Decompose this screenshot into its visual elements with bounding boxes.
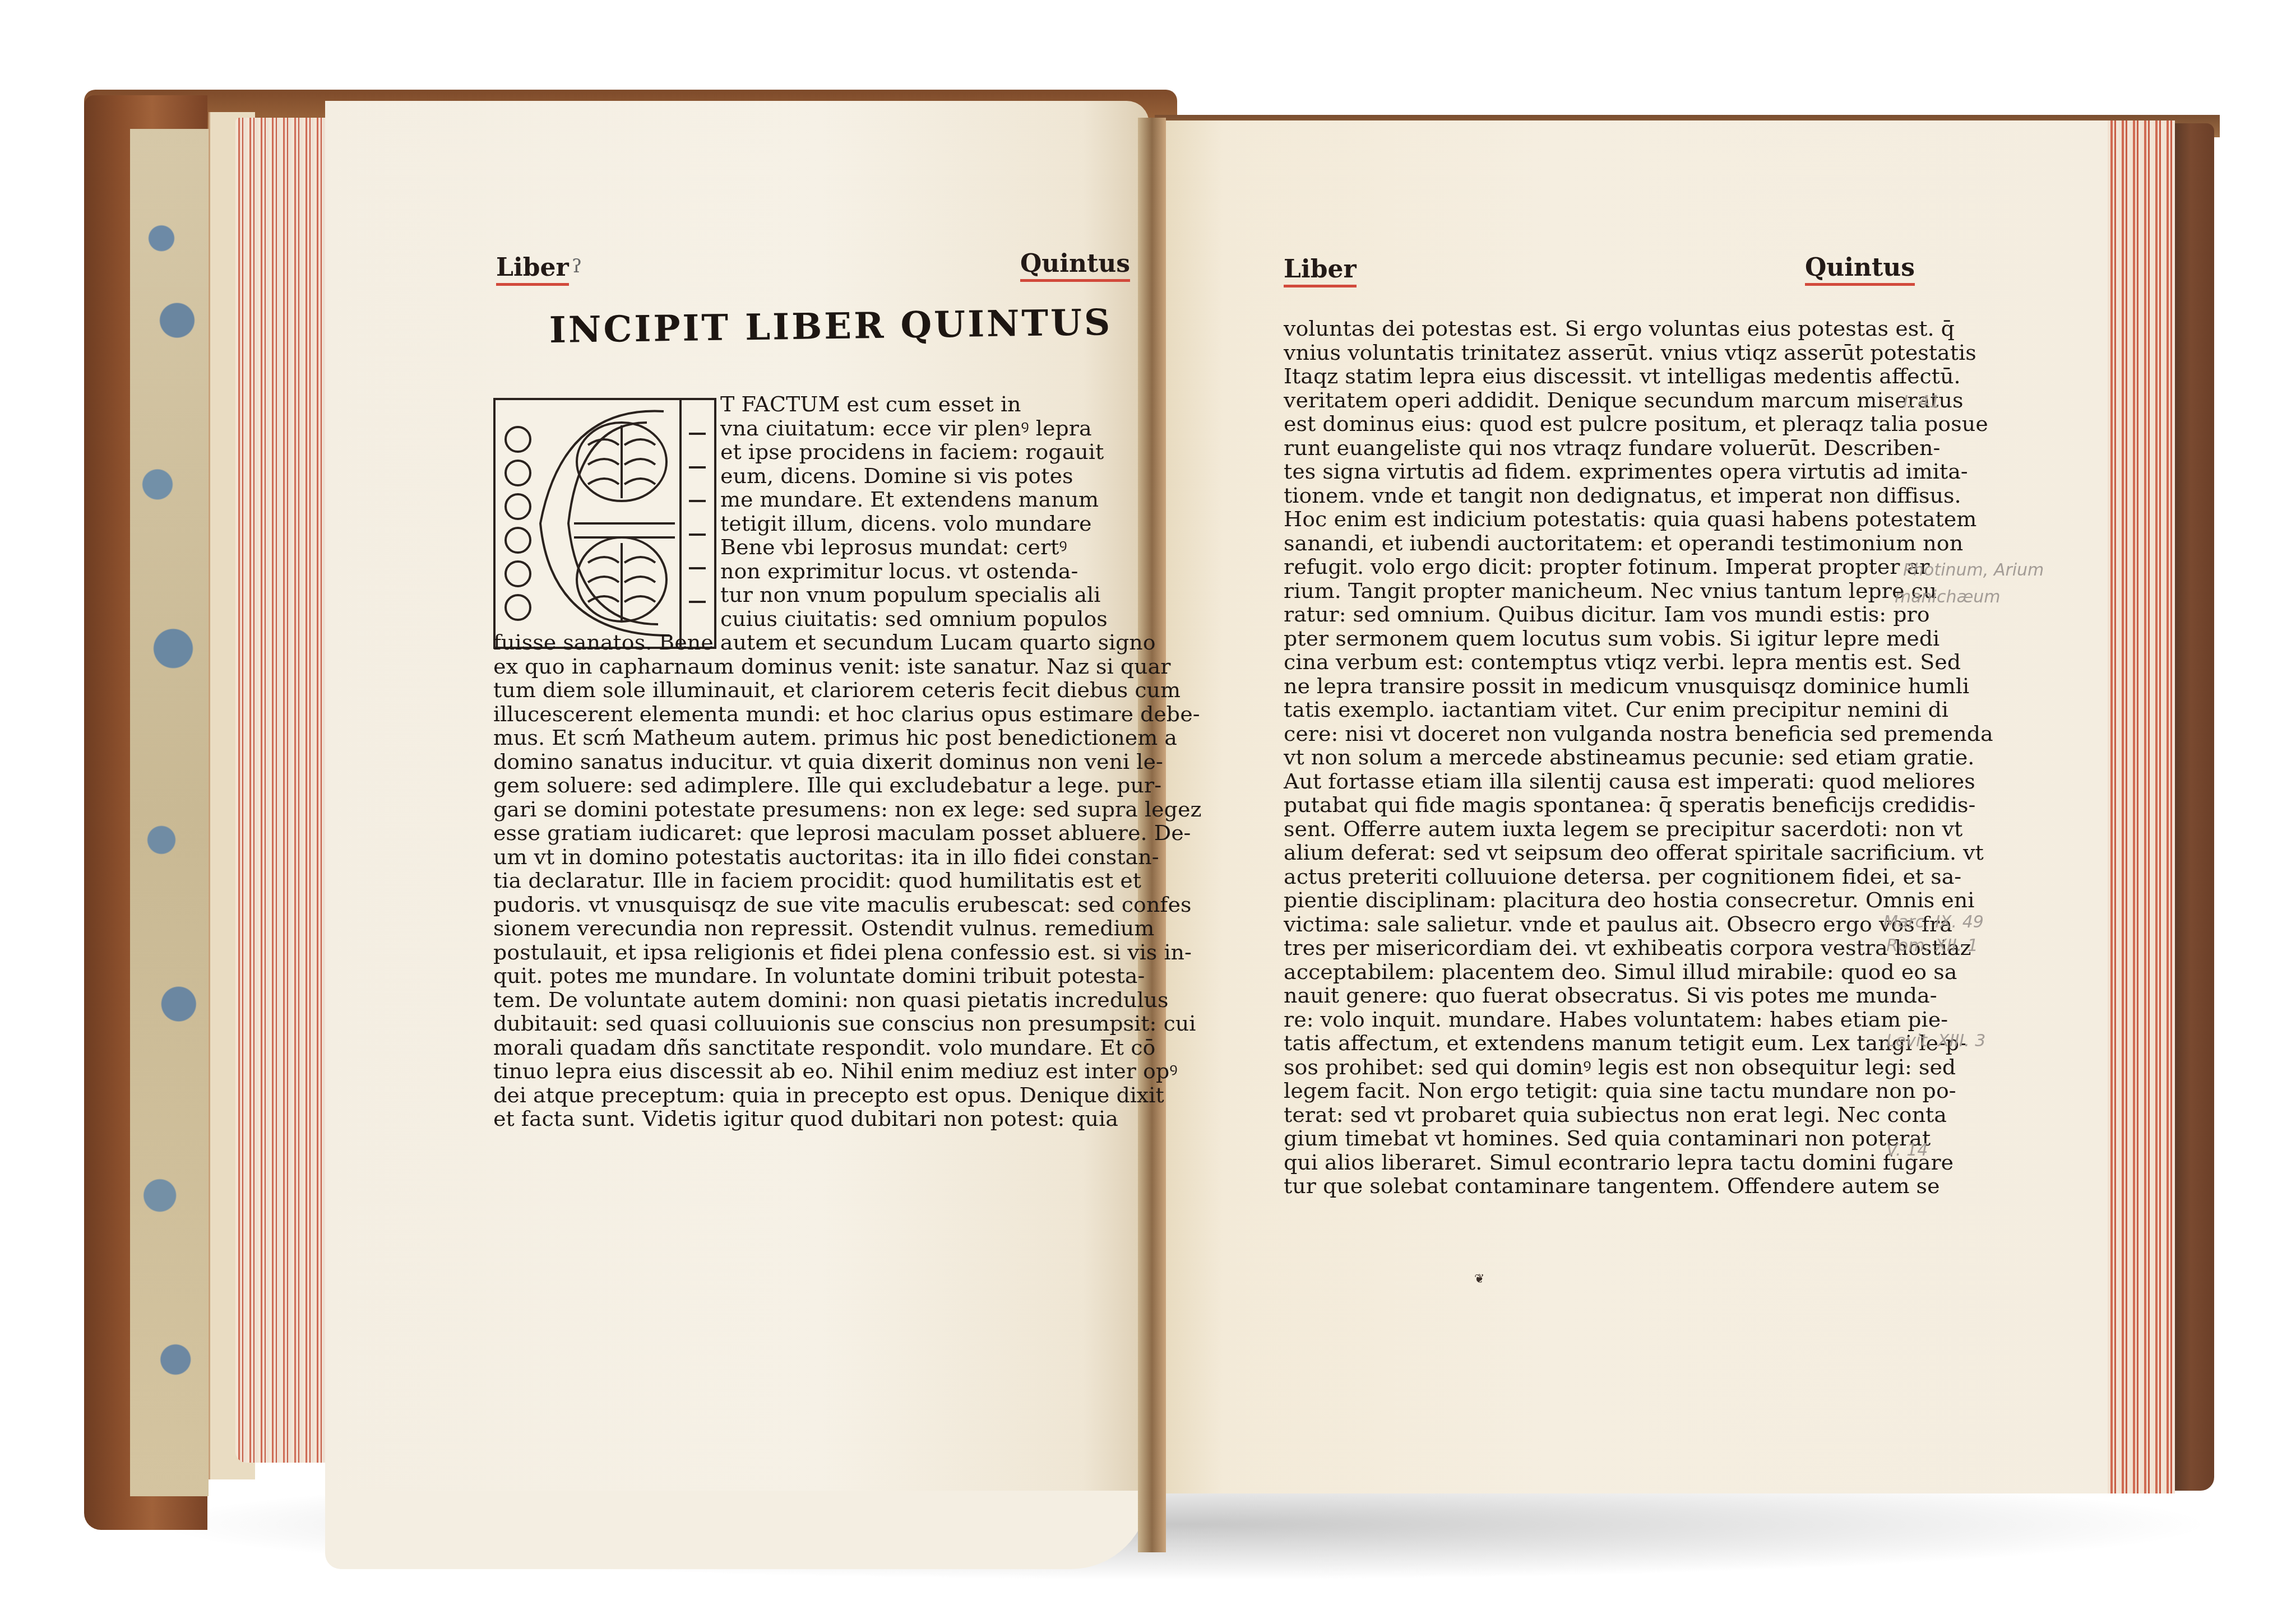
text-line: runt euangeliste qui nos vtraqz fundare … <box>1284 436 1917 460</box>
text-line: tia declaratur. Ille in faciem procidit:… <box>493 869 1127 893</box>
running-head-text: Quintus <box>1805 253 1915 286</box>
text-line: actus preteriti colluuione detersa. per … <box>1284 865 1917 889</box>
text-line: T FACTUM est cum esset in <box>493 392 1127 416</box>
text-line: alium deferat: sed vt seipsum deo offera… <box>1284 841 1917 865</box>
text-line: vnius voluntatis trinitatez asserūt. vni… <box>1284 341 1917 365</box>
text-line: fuisse sanatos. Bene autem et secundum L… <box>493 630 1127 655</box>
text-line: pudoris. vt vnusquisqz de sue vite macul… <box>493 893 1127 917</box>
text-line: putabat qui fide magis spontanea: q̄ spe… <box>1284 793 1917 817</box>
sprinkled-fore-edge-left <box>235 118 331 1463</box>
text-line: sent. Offerre autem iuxta legem se preci… <box>1284 817 1917 841</box>
left-running-head-quintus: Quintus <box>1020 249 1130 278</box>
marginal-note: manichæum <box>1895 587 2001 607</box>
text-line: nauit genere: quo fuerat obsecratus. Si … <box>1284 984 1917 1008</box>
text-line: esse gratiam iudicaret: que leprosi macu… <box>493 821 1127 845</box>
text-line: tur non vnum populum specialis ali <box>493 583 1127 607</box>
text-line: tes signa virtutis ad fidem. exprimentes… <box>1284 460 1917 484</box>
text-line: ratur: sed omnium. Quibus dicitur. Iam v… <box>1284 602 1917 627</box>
open-book-photo: Liber ʔ Quintus INCIPIT LIBER QUINTUS <box>0 0 2296 1619</box>
incipit-heading: INCIPIT LIBER QUINTUS <box>549 301 1113 351</box>
right-text-block: voluntas dei potestas est. Si ergo volun… <box>1284 317 1917 1198</box>
text-line: mus. Et scḿ Matheum autem. primus hic po… <box>493 726 1127 750</box>
marginal-note: I. 41 <box>1903 392 1940 412</box>
text-line: Bene vbi leprosus mundat: certꝰ <box>493 535 1127 559</box>
text-line: victima: sale salietur. vnde et paulus a… <box>1284 912 1917 936</box>
marginal-note: Photinum, Arium <box>1903 560 2044 580</box>
text-line: sos prohibet: sed qui dominꝰ legis est n… <box>1284 1055 1917 1079</box>
text-line: voluntas dei potestas est. Si ergo volun… <box>1284 317 1917 341</box>
text-line: illucescerent elementa mundi: et hoc cla… <box>493 702 1127 726</box>
text-line: Itaqz statim lepra eius discessit. vt in… <box>1284 364 1917 388</box>
marbled-pastedown-left <box>130 129 209 1496</box>
sprinkled-fore-edge-right <box>2108 120 2175 1493</box>
text-line: refugit. volo ergo dicit: propter fotinu… <box>1284 555 1917 579</box>
running-head-text: Quintus <box>1020 249 1130 282</box>
text-line: rium. Tangit propter manicheum. Nec vniu… <box>1284 579 1917 603</box>
right-running-head-quintus: Quintus <box>1805 253 1915 282</box>
text-line: um vt in domino potestatis auctoritas: i… <box>493 845 1127 869</box>
text-line: non exprimitur locus. vt ostenda- <box>493 559 1127 583</box>
text-line: ne lepra transire possit in medicum vnus… <box>1284 674 1917 698</box>
running-head-text: Liber <box>496 253 569 286</box>
text-line: cina verbum est: contemptus vtiqz verbi.… <box>1284 650 1917 674</box>
text-line: domino sanatus inducitur. vt quia dixeri… <box>493 750 1127 774</box>
leather-cover-right <box>2175 123 2214 1491</box>
text-line: sionem verecundia non repressit. Ostendi… <box>493 916 1127 940</box>
text-line: me mundare. Et extendens manum <box>493 488 1127 512</box>
text-line: ex quo in capharnaum dominus venit: iste… <box>493 655 1127 679</box>
marginal-note: Rom. XII. 1 <box>1886 936 1978 955</box>
right-running-head-liber: Liber <box>1284 255 1357 284</box>
text-line: terat: sed vt probaret quia subiectus no… <box>1284 1103 1917 1127</box>
text-line: tres per misericordiam dei. vt exhibeati… <box>1284 936 1917 960</box>
text-line: veritatem operi addidit. Denique secundu… <box>1284 388 1917 412</box>
text-line: tinuo lepra eius discessit ab eo. Nihil … <box>493 1059 1127 1083</box>
text-line: quit. potes me mundare. In voluntate dom… <box>493 964 1127 988</box>
text-line: gem soluere: sed adimplere. Ille qui exc… <box>493 773 1127 797</box>
text-line: eum, dicens. Domine si vis potes <box>493 464 1127 488</box>
marginal-note: Marc. IX. 49 <box>1883 912 1984 932</box>
text-line: Hoc enim est indicium potestatis: quia q… <box>1284 507 1917 531</box>
text-line: gari se domini potestate presumens: non … <box>493 797 1127 822</box>
text-line: cere: nisi vt doceret non vulganda nostr… <box>1284 722 1917 746</box>
text-line: gium timebat vt homines. Sed quia contam… <box>1284 1126 1917 1151</box>
printer-mark: ʔ <box>572 255 582 277</box>
text-line: morali quadam dñs sanctitate respondit. … <box>493 1036 1127 1060</box>
text-line: tum diem sole illuminauit, et clariorem … <box>493 678 1127 702</box>
text-line: tetigit illum, dicens. volo mundare <box>493 512 1127 536</box>
text-line: qui alios liberaret. Simul econtrario le… <box>1284 1151 1917 1175</box>
text-line: postulauit, et ipsa religionis et fidei … <box>493 940 1127 964</box>
text-line: acceptabilem: placentem deo. Simul illud… <box>1284 960 1917 984</box>
text-line: dubitauit: sed quasi colluuionis sue con… <box>493 1012 1127 1036</box>
text-line: legem facit. Non ergo tetigit: quia sine… <box>1284 1079 1917 1103</box>
marginal-note: Levit. XIII. 3 <box>1886 1031 1985 1051</box>
text-line: est dominus eius: quod est pulcre positu… <box>1284 412 1917 436</box>
text-line: tem. De voluntate autem domini: non quas… <box>493 988 1127 1012</box>
text-line: pter sermonem quem locutus sum vobis. Si… <box>1284 627 1917 651</box>
text-line: re: volo inquit. mundare. Habes voluntat… <box>1284 1008 1917 1032</box>
text-line: et facta sunt. Videtis igitur quod dubit… <box>493 1107 1127 1131</box>
left-running-head-liber: Liber <box>496 253 569 282</box>
text-line: pientie disciplinam: placitura deo hosti… <box>1284 888 1917 912</box>
left-text-block: T FACTUM est cum esset in vna ciuitatum:… <box>493 392 1127 1131</box>
text-line: vna ciuitatum: ecce vir plenꝰ lepra <box>493 416 1127 440</box>
text-line: tur que solebat contaminare tangentem. O… <box>1284 1174 1917 1198</box>
marginal-note: V. 14 <box>1886 1140 1928 1160</box>
text-line: cuius ciuitatis: sed omnium populos <box>493 607 1127 631</box>
text-line: tatis exemplo. iactantiam vitet. Cur eni… <box>1284 698 1917 722</box>
text-line: et ipse procidens in faciem: rogauit <box>493 440 1127 464</box>
text-line: tionem. vnde et tangit non dedignatus, e… <box>1284 484 1917 508</box>
text-line: tatis affectum, et extendens manum tetig… <box>1284 1031 1917 1055</box>
tailpiece-ornament-icon: ❦ <box>1474 1272 1484 1286</box>
text-line: sanandi, et iubendi auctoritatem: et ope… <box>1284 531 1917 555</box>
text-line: vt non solum a mercede abstineamus pecun… <box>1284 745 1917 769</box>
text-line: dei atque preceptum: quia in precepto es… <box>493 1083 1127 1107</box>
text-line: Aut fortasse etiam illa silentij causa e… <box>1284 769 1917 794</box>
running-head-text: Liber <box>1284 255 1357 287</box>
